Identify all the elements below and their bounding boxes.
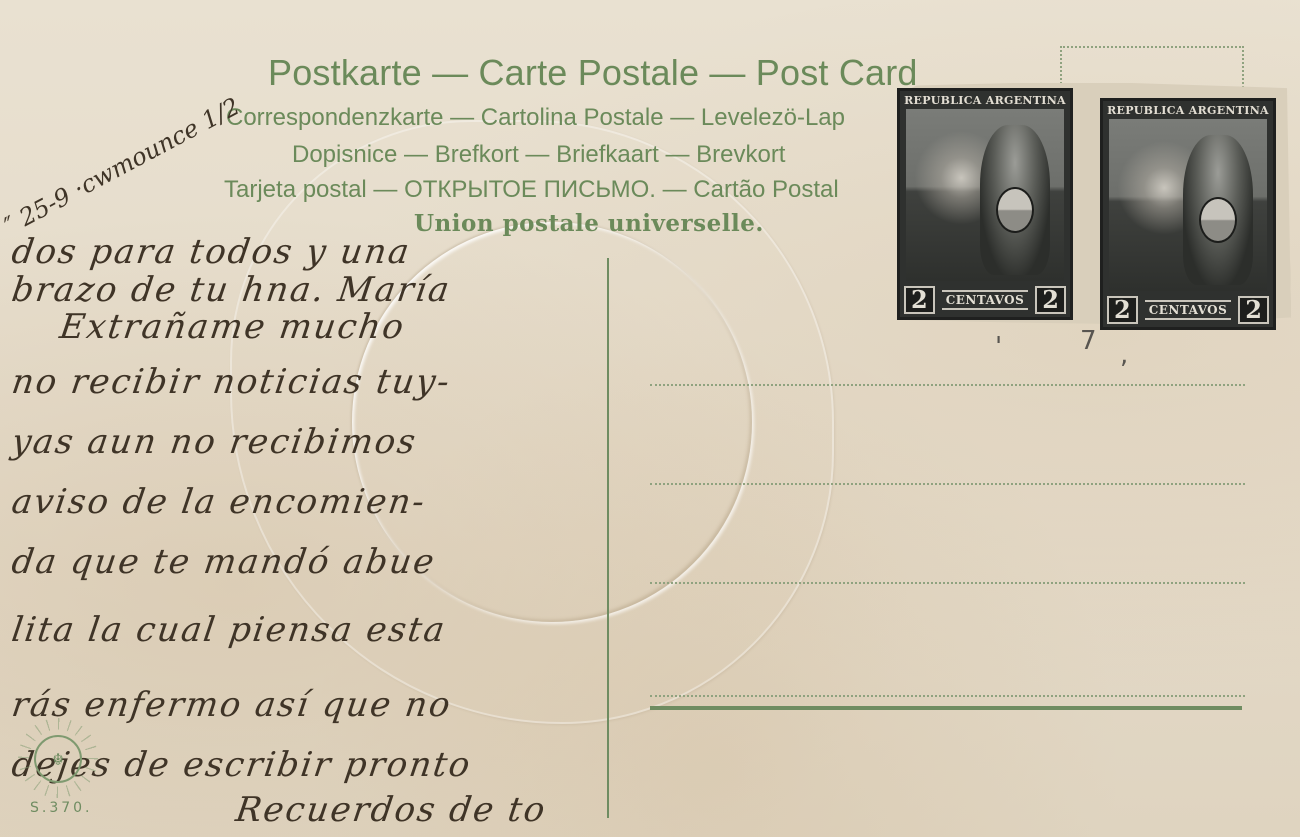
message-line: no recibir noticias tuy- — [9, 362, 453, 402]
handwritten-side-note: ″ 25-9 ·cwmounce 1/2 — [0, 92, 244, 240]
stamp-sun-sea-scene — [906, 109, 1064, 281]
header-line-2: Correspondenzkarte — Cartolina Postale —… — [226, 104, 845, 132]
stamp-value-row: 2 CENTAVOS 2 — [1103, 295, 1273, 325]
header-line-4: Tarjeta postal — ОТКРЫТОЕ ПИСЬМО. — Cart… — [224, 176, 839, 204]
stamp-denomination: CENTAVOS — [942, 290, 1029, 310]
stamp-value-left: 2 — [904, 286, 935, 314]
postmark-fragment: , — [1120, 340, 1128, 370]
address-line-3 — [650, 582, 1245, 584]
coat-of-arms-icon — [996, 187, 1034, 233]
stamp-country: REPUBLICA ARGENTINA — [900, 94, 1070, 107]
message-line: lita la cual piensa esta — [9, 610, 449, 650]
postcard: Postkarte — Carte Postale — Post Card Co… — [0, 0, 1300, 837]
message-line: Recuerdos de to — [233, 790, 549, 830]
series-number: S.370. — [30, 800, 93, 816]
message-line: brazo de tu hna. María — [9, 270, 453, 310]
address-line-1 — [650, 384, 1245, 386]
stamp-country: REPUBLICA ARGENTINA — [1103, 104, 1273, 117]
message-line: rás enfermo así que no — [9, 685, 454, 725]
message-line: aviso de la encomien- — [9, 482, 428, 522]
stamp-value-row: 2 CENTAVOS 2 — [900, 285, 1070, 315]
header-title: Postkarte — Carte Postale — Post Card — [268, 52, 918, 94]
stamp-value-right: 2 — [1238, 296, 1269, 324]
stamp-value-right: 2 — [1035, 286, 1066, 314]
address-underline — [650, 706, 1242, 710]
address-line-4 — [650, 695, 1245, 697]
stamp-denomination: CENTAVOS — [1145, 300, 1232, 320]
postage-stamp-2: REPUBLICA ARGENTINA 2 CENTAVOS 2 — [1100, 98, 1276, 330]
stamp-value-left: 2 — [1107, 296, 1138, 324]
postmark-fragment: ' — [995, 332, 1002, 362]
address-line-2 — [650, 483, 1245, 485]
header-upu: Union postale universelle. — [414, 210, 764, 237]
stamp-sun-sea-scene — [1109, 119, 1267, 291]
message-line: da que te mandó abue — [9, 542, 438, 582]
message-address-divider — [607, 258, 609, 818]
publisher-logo-icon: ☬ — [34, 735, 82, 783]
message-line: dos para todos y una — [9, 232, 413, 272]
message-line: Extrañame mucho — [57, 307, 408, 347]
postmark-fragment: 7 — [1080, 326, 1097, 356]
header-line-3: Dopisnice — Brefkort — Briefkaart — Brev… — [292, 141, 785, 169]
postage-stamp-1: REPUBLICA ARGENTINA 2 CENTAVOS 2 — [897, 88, 1073, 320]
message-line: yas aun no recibimos — [9, 422, 419, 462]
coat-of-arms-icon — [1199, 197, 1237, 243]
